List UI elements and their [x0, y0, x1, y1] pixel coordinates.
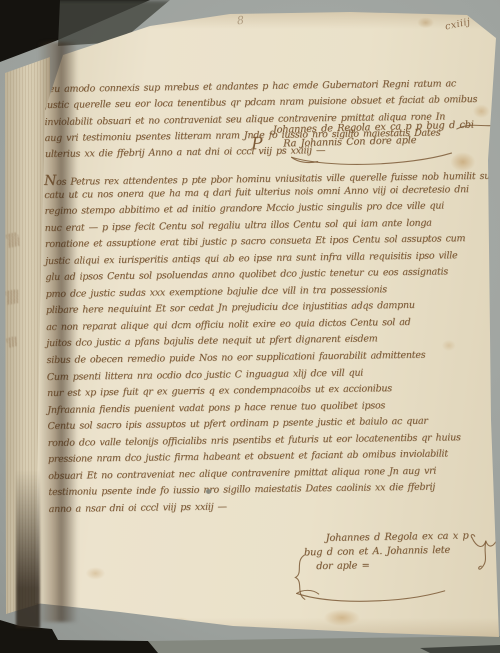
underline-flourish — [291, 587, 451, 608]
ink-blot — [206, 489, 211, 494]
pen-flourish — [455, 117, 500, 134]
book-cover-corner-bottom-left — [0, 615, 170, 653]
royal-letter-paragraph: Nos Petrus rex attendentes p pte pbor ho… — [44, 167, 489, 521]
quire-mark: 8 — [236, 14, 244, 28]
bleed-through-mark — [5, 289, 20, 305]
notary-paraph: P — [251, 134, 263, 154]
manuscript-photo: 8 cxiiij seu amodo connexis sup mrebus e… — [0, 0, 500, 653]
bleed-through-mark — [6, 232, 21, 248]
notary-subscription-bottom: Johannes d Regola ex ca x p bug d con et… — [262, 530, 498, 573]
bleed-through-mark — [6, 336, 18, 348]
notary-sign-flourish — [468, 532, 500, 581]
folio-number: cxiiij — [444, 16, 471, 32]
manuscript-page: 8 cxiiij seu amodo connexis sup mrebus e… — [35, 10, 500, 643]
